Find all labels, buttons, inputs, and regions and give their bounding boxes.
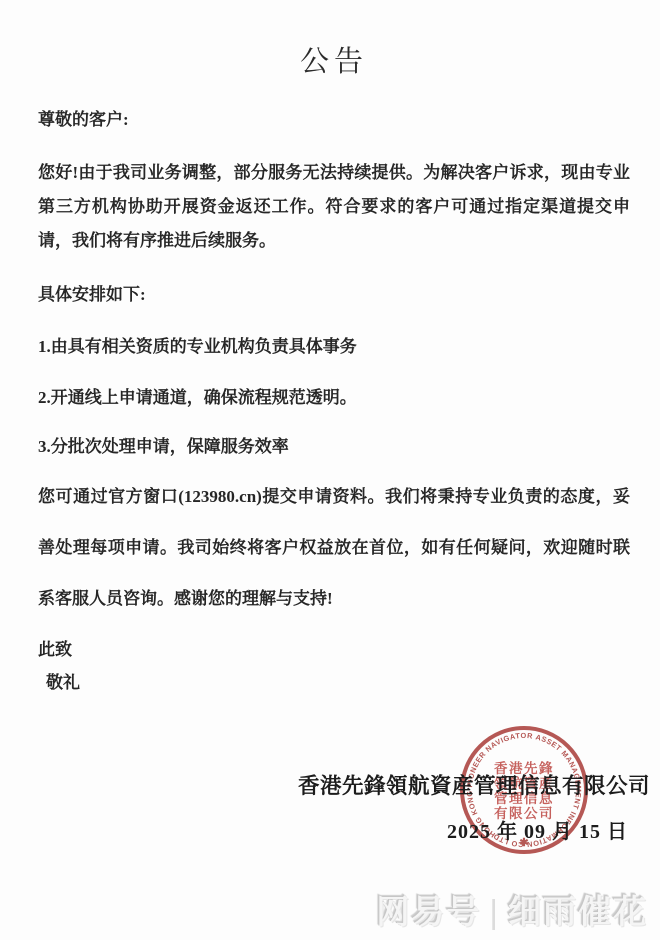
watermark-author: 细雨催花: [508, 893, 648, 930]
plan-item-3: 3.分批次处理申请，保障服务效率: [38, 430, 630, 464]
watermark-brand: 网易号: [376, 893, 481, 930]
plan-item-2: 2.开通线上申请通道，确保流程规范透明。: [38, 381, 630, 415]
signature-company: 香港先鋒領航資産管理信息有限公司: [298, 769, 650, 800]
closing-cizhi: 此致: [38, 633, 630, 667]
letter-body: 公告 尊敬的客户: 您好!由于我司业务调整，部分服务无法持续提供。为解决客户诉求…: [0, 0, 660, 699]
page-title: 公告: [38, 42, 630, 82]
signature-date: 2025 年 09 月 15 日: [447, 815, 628, 844]
outro-paragraph: 您可通过官方窗口(123980.cn)提交申请资料。我们将秉持专业负责的态度，妥…: [38, 471, 630, 624]
plan-item-1: 1.由具有相关资质的专业机构负责具体事务: [38, 330, 630, 364]
intro-paragraph: 您好!由于我司业务调整，部分服务无法持续提供。为解决客户诉求，现由专业第三方机构…: [38, 156, 630, 258]
watermark-divider: |: [489, 893, 500, 930]
plan-header: 具体安排如下:: [38, 278, 630, 312]
closing-jingli: 敬礼: [38, 667, 630, 699]
watermark: 网易号|细雨催花: [376, 886, 648, 933]
announcement-document: 公告 尊敬的客户: 您好!由于我司业务调整，部分服务无法持续提供。为解决客户诉求…: [0, 0, 660, 940]
greeting-line: 尊敬的客户:: [38, 106, 630, 134]
